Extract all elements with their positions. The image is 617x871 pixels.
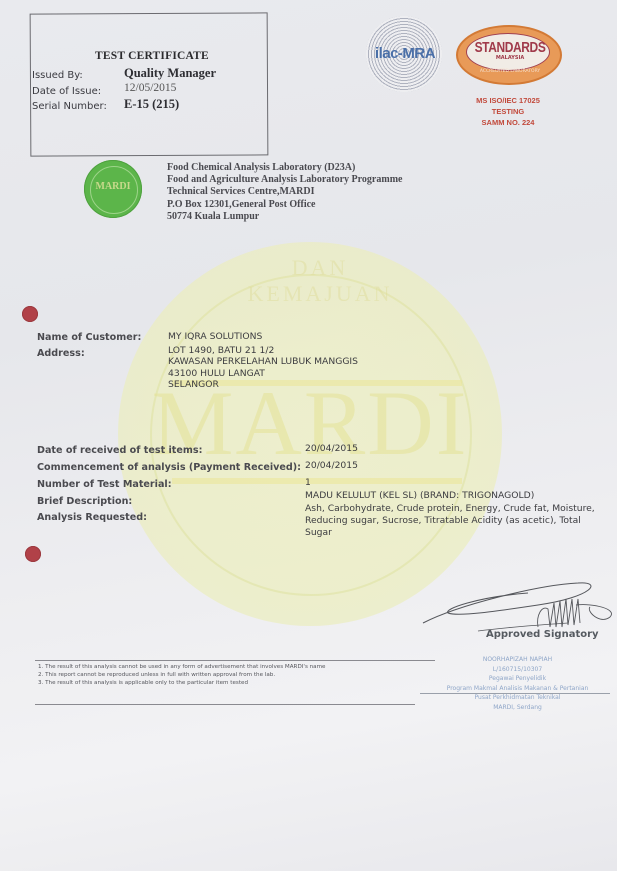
received-date-label: Date of received of test items:	[37, 445, 202, 456]
accreditation-line: SAMM NO. 224	[456, 118, 560, 127]
mardi-logo-text: MARDI	[84, 181, 142, 192]
note-item: 1. The result of this analysis cannot be…	[38, 664, 326, 672]
signature-icon	[418, 575, 617, 635]
punch-hole-icon	[25, 546, 41, 562]
address-value: LOT 1490, BATU 21 1/2 KAWASAN PERKELAHAN…	[168, 345, 358, 391]
standards-logo-ring-text: ACCREDITED LABORATORY	[458, 69, 562, 74]
date-of-issue-value: 12/05/2015	[124, 82, 176, 94]
note-item: 2. This report cannot be reproduced unle…	[38, 672, 326, 680]
brief-description-value: MADU KELULUT (KEL SL) (BRAND: TRIGONAGOL…	[305, 490, 534, 501]
lab-line: P.O Box 12301,General Post Office	[167, 199, 402, 211]
stamp-line: Pegawai Penyelidik	[420, 674, 615, 684]
stamp-line: NOORHAPIZAH NAPIAH	[420, 655, 615, 665]
test-material-count-value: 1	[305, 477, 311, 488]
commencement-label: Commencement of analysis (Payment Receiv…	[37, 462, 301, 473]
address-line: KAWASAN PERKELAHAN LUBUK MANGGIS	[168, 356, 358, 367]
issued-by-value: Quality Manager	[124, 66, 216, 81]
lab-line: Technical Services Centre,MARDI	[167, 186, 402, 198]
lab-line: 50774 Kuala Lumpur	[167, 211, 402, 223]
footer-divider-bottom	[35, 704, 415, 705]
ilac-mra-logo-text: ilac-MRA	[366, 45, 444, 62]
address-line: LOT 1490, BATU 21 1/2	[168, 345, 358, 356]
watermark-arc-text: DAN KEMAJUAN	[220, 255, 420, 307]
accreditation-line: MS ISO/IEC 17025	[456, 96, 560, 105]
punch-hole-icon	[22, 306, 38, 322]
address-line: SELANGOR	[168, 379, 358, 390]
address-line: 43100 HULU LANGAT	[168, 368, 358, 379]
received-date-value: 20/04/2015	[305, 443, 358, 454]
serial-number-label: Serial Number:	[32, 101, 107, 112]
customer-name-value: MY IQRA SOLUTIONS	[168, 331, 262, 342]
note-item: 3. The result of this analysis is applic…	[38, 680, 326, 688]
officer-stamp: NOORHAPIZAH NAPIAH L/160715/10307 Pegawa…	[420, 655, 615, 713]
test-material-count-label: Number of Test Material:	[37, 479, 172, 490]
approved-signatory-label: Approved Signatory	[486, 629, 599, 640]
stamp-line: MARDI, Serdang	[420, 703, 615, 713]
stamp-line: Program Makmal Analisis Makanan & Pertan…	[420, 684, 615, 694]
accreditation-line: TESTING	[456, 107, 560, 116]
issued-by-label: Issued By:	[32, 70, 83, 81]
commencement-value: 20/04/2015	[305, 460, 358, 471]
stamp-line: L/160715/10307	[420, 665, 615, 675]
stamp-line: Pusat Perkhidmatan Teknikal	[420, 693, 615, 703]
date-of-issue-label: Date of Issue:	[32, 86, 101, 97]
standards-logo-subtext: MALAYSIA	[458, 55, 562, 61]
footer-divider-top	[35, 660, 435, 661]
standards-logo-text: STANDARDS	[458, 39, 562, 56]
analysis-requested-value: Ash, Carbohydrate, Crude protein, Energy…	[305, 503, 605, 539]
customer-name-label: Name of Customer:	[37, 332, 141, 343]
lab-line: Food and Agriculture Analysis Laboratory…	[167, 174, 402, 186]
brief-description-label: Brief Description:	[37, 496, 132, 507]
serial-number-value: E-15 (215)	[124, 97, 179, 112]
address-label: Address:	[37, 348, 85, 359]
laboratory-address: Food Chemical Analysis Laboratory (D23A)…	[167, 162, 402, 223]
certificate-title: TEST CERTIFICATE	[95, 50, 209, 62]
lab-line: Food Chemical Analysis Laboratory (D23A)	[167, 162, 402, 174]
analysis-requested-label: Analysis Requested:	[37, 512, 147, 523]
notes-list: 1. The result of this analysis cannot be…	[38, 664, 326, 687]
